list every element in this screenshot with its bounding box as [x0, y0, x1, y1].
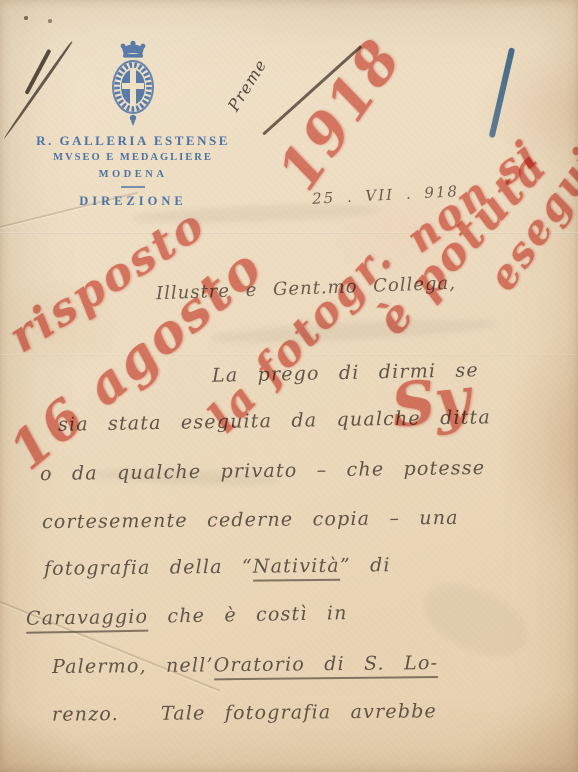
ink-dots [24, 16, 28, 20]
body-line: cortesemente cederne copia – una [42, 507, 459, 533]
body-text: che è costì in [148, 602, 348, 627]
letterhead-office: DIREZIONE [35, 194, 231, 209]
body-line: renzo.Tale fotografia avrebbe [52, 700, 437, 725]
letterhead-city: MODENA [35, 169, 231, 180]
body-text: ” di [340, 554, 391, 577]
underlined-title: Natività [253, 555, 340, 582]
body-line: Palermo, nell’Oratorio di S. Lo- [52, 652, 438, 678]
red-annotation-word: 1918 [265, 27, 415, 202]
letter-scan-page: 1/ R. GALLERIA ESTENSE MVSEO E MEDAGLIER… [0, 0, 578, 772]
letterhead-museum: MVSEO E MEDAGLIERE [35, 152, 231, 163]
body-line: fotografia della “Natività” di [44, 554, 391, 580]
body-line: o da qualche privato – che potesse [40, 457, 485, 485]
letterhead-agency: R. GALLERIA ESTENSE [35, 133, 231, 149]
body-text: Tale fotografia avrebbe [161, 700, 437, 724]
body-text: renzo. [52, 703, 119, 726]
letterhead-divider [121, 186, 145, 188]
underlined-artist: Caravaggio [26, 606, 149, 634]
underlined-place: Oratorio di S. Lo- [214, 652, 439, 680]
red-initials-flourish: Sy [388, 364, 473, 442]
savoy-crest-icon [102, 40, 164, 126]
letterhead: R. GALLERIA ESTENSE MVSEO E MEDAGLIERE M… [35, 40, 231, 209]
body-line: Caravaggio che è costì in [26, 602, 348, 630]
blue-pencil-mark [489, 47, 516, 138]
body-text: fotografia della “ [44, 556, 253, 580]
body-text: Palermo, nell’ [52, 654, 214, 678]
show-through-smudge [210, 314, 501, 347]
